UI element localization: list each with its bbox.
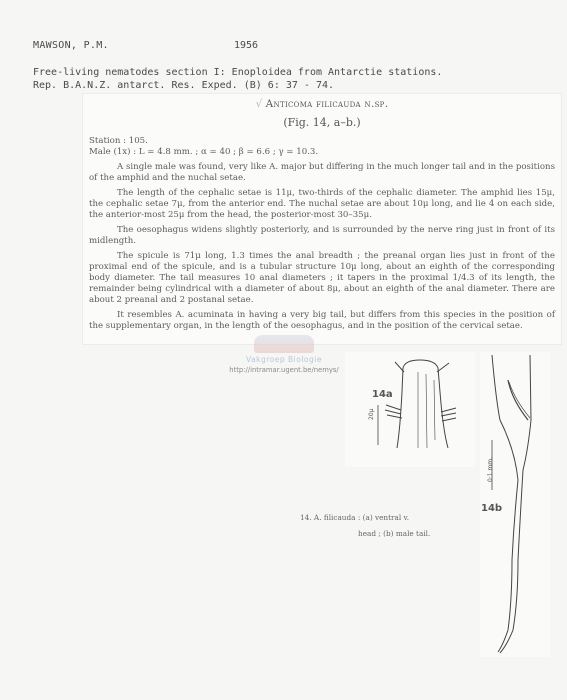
figure-14a-head-drawing-icon [0,0,567,700]
figure-caption: 14. A. filicauda : (a) ventral v. head ;… [300,510,450,542]
figure-label-14a: 14a [372,389,393,400]
figure-label-14b: 14b [481,503,502,514]
caption-line-1: 14. A. filicauda : (a) ventral v. [300,510,450,526]
scale-bar-14a: 20μ [368,409,375,420]
caption-line-2: head ; (b) male tail. [300,526,450,542]
scale-bar-14b: 0·1 mm. [487,457,494,482]
